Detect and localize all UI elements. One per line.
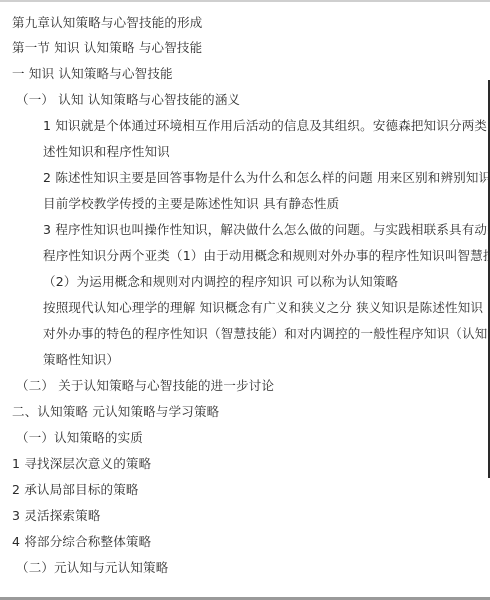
paragraph-line: 按照现代认知心理学的理解 知识概念有广义和狭义之分 狭义知识是陈述性知识 xyxy=(43,300,483,316)
subheading-1-1: （一） 认知 认知策略与心智技能的涵义 xyxy=(16,92,240,108)
paragraph-line: 对外办事的特色的程序性知识（智慧技能）和对内调控的一般性程序知识（认知策略 xyxy=(43,326,490,342)
list-item: 3 灵活探索策略 xyxy=(12,508,101,524)
paragraph-line: 程序性知识分两个亚类（1）由于动用概念和规则对外办事的程序性知识叫智慧技能 xyxy=(43,248,490,264)
heading-2: 二、认知策略 元认知策略与学习策略 xyxy=(12,404,219,420)
chapter-title: 第九章认知策略与心智技能的形成 xyxy=(12,15,203,31)
paragraph-line: 述性知识和程序性知识 xyxy=(43,144,170,160)
subheading-1-2: （二） 关于认知策略与心智技能的进一步讨论 xyxy=(16,378,274,394)
top-border xyxy=(0,0,490,2)
section-title: 第一节 知识 认知策略 与心智技能 xyxy=(12,40,202,56)
subheading-2-2: （二）元认知与元认知策略 xyxy=(16,560,168,576)
subheading-2-1: （一）认知策略的实质 xyxy=(16,430,143,446)
paragraph-line: （2）为运用概念和规则对内调控的程序知识 可以称为认知策略 xyxy=(43,274,398,290)
paragraph-line: 3 程序性知识也叫操作性知识，解决做什么怎么做的问题。与实践相联系具有动态性 xyxy=(43,222,490,238)
list-item: 4 将部分综合称整体策略 xyxy=(12,534,151,550)
list-item: 2 承认局部目标的策略 xyxy=(12,482,139,498)
heading-1: 一 知识 认知策略与心智技能 xyxy=(12,66,173,82)
paragraph-line: 目前学校教学传授的主要是陈述性知识 具有静态性质 xyxy=(43,196,339,212)
paragraph-line: 2 陈述性知识主要是回答事物是什么为什么和怎么样的问题 用来区别和辨别知识 xyxy=(43,170,490,186)
list-item: 1 寻找深层次意义的策略 xyxy=(12,456,151,472)
paragraph-line: 1 知识就是个体通过环境相互作用后活动的信息及其组织。安德森把知识分两类 陈 xyxy=(43,118,490,134)
paragraph-line: 策略性知识） xyxy=(43,352,119,368)
